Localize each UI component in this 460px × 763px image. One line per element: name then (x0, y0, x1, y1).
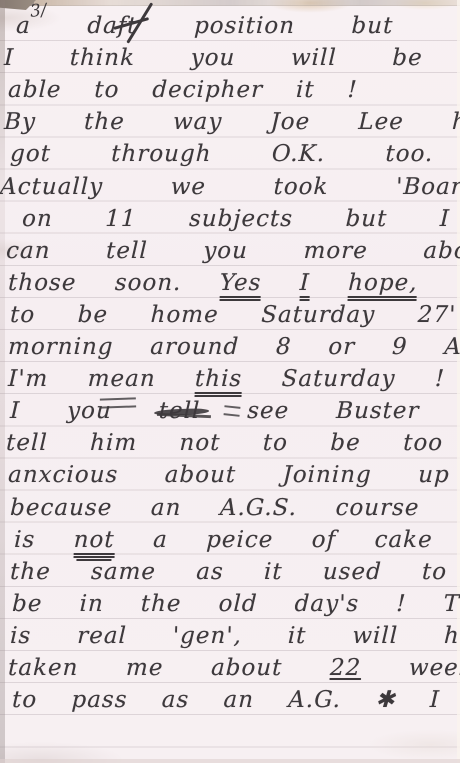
handwriting-text: the same as it used to (10, 559, 448, 585)
handwriting-text: on 11 subjects but I (22, 206, 451, 232)
handwriting-text: a peice of cake (153, 527, 434, 553)
handwriting-crossed-word: daft (87, 13, 138, 39)
handwriting-strike-word: tell (158, 398, 200, 424)
handwriting-line: taken me about 22 weeks (7, 655, 460, 689)
handwriting-line: a daft position but (15, 13, 393, 47)
handwriting-text: Actually we took 'Board (0, 174, 460, 200)
handwriting-line: to pass as an A.G. ✱ I (11, 687, 440, 721)
handwriting-text: is (14, 527, 36, 553)
handwriting-u2-word: Yes (219, 271, 262, 301)
handwriting-line: morning around 8 or 9 AM (7, 334, 460, 368)
letter-page: 3/ a daft position butI think you will b… (0, 0, 460, 763)
handwriting-line: those soon. Yes I hope, (7, 270, 418, 304)
handwriting-text: is real 'gen', it will hav (10, 623, 460, 649)
handwriting-u2-word: hope, (348, 271, 418, 301)
handwriting-text: be in the old day's ! Tha (12, 591, 460, 617)
handwriting-line: can tell you more abou (5, 238, 460, 272)
handwriting-text: I'm mean (8, 366, 156, 392)
handwriting-text: position but (194, 13, 394, 39)
handwriting-text: anxcious about Joining up (8, 462, 451, 488)
handwriting-text: taken me about (8, 655, 283, 681)
handwriting-line: on 11 subjects but I (21, 206, 450, 240)
handwriting-text: morning around 8 or 9 AM (8, 334, 460, 360)
handwriting-text: I think you will be (4, 45, 424, 71)
handwriting-text: to pass as an A.G. ✱ I (12, 687, 441, 713)
handwriting-line: able to decipher it ! (7, 77, 358, 111)
handwriting-line: the same as it used to (9, 559, 447, 593)
handwriting-line: I think you will be (3, 45, 423, 79)
handwriting-line: is real 'gen', it will hav (9, 623, 460, 657)
handwriting-line: I'm mean this Saturday ! (7, 366, 445, 400)
handwriting-text: I you (10, 398, 113, 424)
handwriting-text: By the way Joe Lee ha (4, 109, 460, 135)
handwriting-line: I you tell see Buster (9, 398, 420, 432)
handwriting-text: weeks (408, 655, 460, 681)
handwriting-text: can tell you more abou (6, 238, 460, 264)
handwriting-line: Actually we took 'Board (0, 174, 460, 208)
handwriting-line: because an A.G.S. course (9, 495, 420, 529)
handwriting-text: a (16, 13, 32, 39)
handwriting-text: see Buster (247, 398, 420, 424)
handwriting-text: those soon. (8, 270, 182, 296)
handwriting-u1-word: 22 (330, 655, 362, 681)
handwriting-text: tell him not to be too (6, 430, 444, 456)
handwriting-u2-word: I (299, 271, 310, 301)
handwriting-line: to be home Saturday 27' (9, 302, 456, 336)
handwriting-text: Saturday ! (281, 366, 445, 392)
letter-body: a daft position butI think you will beab… (0, 0, 460, 763)
handwriting-u3-word: not (73, 528, 115, 558)
handwriting-line: By the way Joe Lee ha (3, 109, 460, 143)
handwriting-text: got through O.K. too. (10, 141, 434, 167)
handwriting-line: tell him not to be too (5, 430, 443, 464)
handwriting-line: is not a peice of cake (13, 527, 433, 561)
handwriting-text: able to decipher it ! (8, 77, 359, 103)
handwriting-u2-word: this (194, 367, 242, 397)
handwriting-text: to be home Saturday 27' (10, 302, 457, 328)
handwriting-text: because an A.G.S. course (10, 495, 420, 521)
handwriting-line: anxcious about Joining up (7, 462, 450, 496)
handwriting-line: got through O.K. too. (9, 141, 433, 175)
handwriting-line: be in the old day's ! Tha (11, 591, 460, 625)
